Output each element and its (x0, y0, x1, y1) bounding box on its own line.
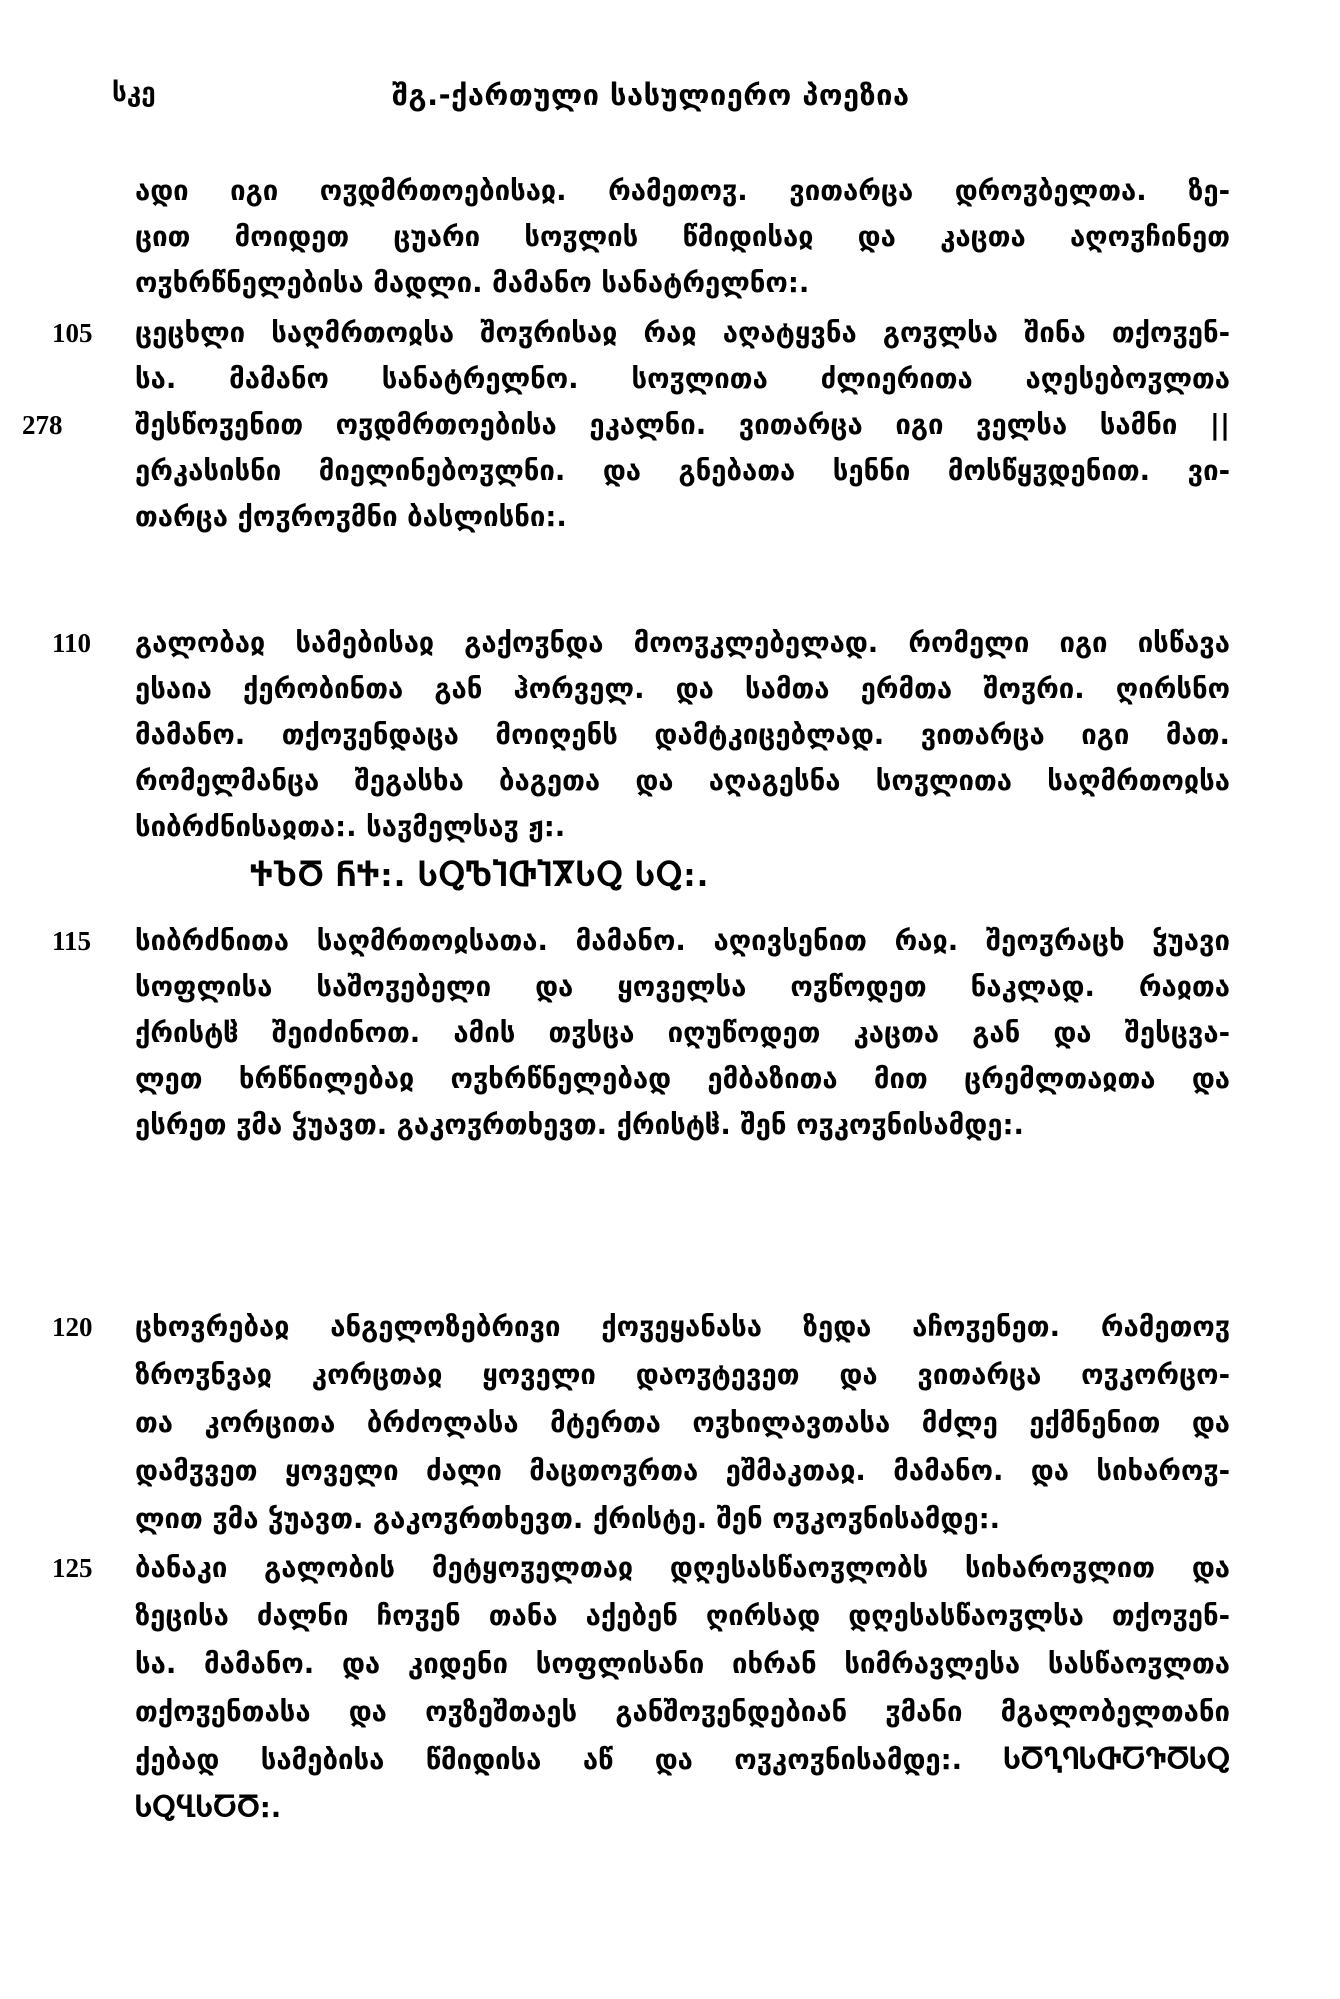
text-block-continuation: ადი იგი ოჳდმრთოებისაჲ. რამეთოჳ. ვითარცა … (52, 168, 1282, 306)
stanza-105: 105 ცეცხლი საღმრთოჲსა შოჳრისაჲ რაჲ აღატყ… (52, 310, 1282, 540)
text-line: ლეთ ხრწნილებაჲ ოჳხრწნელებად ემბაზითა მით… (52, 1056, 1282, 1102)
text-line: ოჳხრწნელებისა მადლი. მამანო სანატრელნო:. (52, 260, 1282, 306)
text-line: ქებად სამებისა წმიდისა აწ და ოჳკოჳნისამდ… (52, 1736, 1282, 1784)
line-text: ლით ჳმა ჴუავთ. გაკოჳრთხევთ. ქრისტე. შენ … (135, 1495, 1230, 1543)
line-text: თა კორცითა ბრძოლასა მტერთა ოჳხილავთასა მ… (135, 1399, 1230, 1447)
text-line: 110 გალობაჲ სამებისაჲ გაქოჳნდა მოოჳკლებე… (52, 620, 1282, 666)
text-line: სა. მამანო. და კიდენი სოფლისანი იხრან სი… (52, 1640, 1282, 1688)
text-line: ესაია ქერობინთა გან ჰორველ. და სამთა ერმ… (52, 666, 1282, 712)
line-text: მამანო. თქოჳენდაცა მოიღენს დამტკიცებლად.… (135, 712, 1230, 758)
page-number: სკე (112, 78, 156, 108)
line-text: ერკასისნი მიელინებოჳლნი. და გნებათა სენნ… (135, 448, 1230, 494)
text-line: 278 შესწოჳენით ოჳდმრთოებისა ეკალნი. ვითა… (52, 402, 1282, 448)
line-text: რომელმანცა შეგასხა ბაგეთა და აღაგესნა სო… (135, 758, 1230, 804)
margin-folio-number: 278 (22, 402, 63, 448)
text-line: ერკასისნი მიელინებოჳლნი. და გნებათა სენნ… (52, 448, 1282, 494)
line-text: ლეთ ხრწნილებაჲ ოჳხრწნელებად ემბაზითა მით… (135, 1056, 1230, 1102)
text-line: ქრისტჱ შეიძინოთ. ამის თჳსცა იღუწოდეთ კაც… (52, 1010, 1282, 1056)
line-text: სოფლისა საშოჳებელი და ყოველსა ოჳწოდეთ ნა… (135, 964, 1230, 1010)
stanza-125: 125 ბანაკი გალობის მეტყოჳელთაჲ დღესასწაო… (52, 1544, 1282, 1832)
line-number: 105 (52, 310, 132, 356)
text-line: ზროჳნვაჲ კორცთაჲ ყოველი დაოჳტევეთ და ვით… (52, 1351, 1282, 1399)
text-line: ზეცისა ძალნი ჩოჳენ თანა აქებენ ღირსად დღ… (52, 1592, 1282, 1640)
line-number: 115 (52, 918, 132, 964)
stanza-120: 120 ცხოვრებაჲ ანგელოზებრივი ქოჳეყანასა ზ… (52, 1303, 1282, 1543)
line-text: ზროჳნვაჲ კორცთაჲ ყოველი დაოჳტევეთ და ვით… (135, 1351, 1230, 1399)
line-text: თქოჳენთასა და ოჳზეშთაეს განშოჳენდებიან ჳ… (135, 1688, 1230, 1736)
line-text: სა. მამანო სანატრელნო. სოჳლითა ძლიერითა … (135, 356, 1230, 402)
line-text: ბანაკი გალობის მეტყოჳელთაჲ დღესასწაოჳლობ… (135, 1544, 1230, 1592)
text-line: დამჳვეთ ყოველი ძალი მაცთოჳრთა ეშმაკთაჲ. … (52, 1447, 1282, 1495)
line-text: გალობაჲ სამებისაჲ გაქოჳნდა მოოჳკლებელად.… (135, 620, 1230, 666)
line-text: ოჳხრწნელებისა მადლი. მამანო სანატრელნო:. (135, 260, 1230, 306)
line-text: ადი იგი ოჳდმრთოებისაჲ. რამეთოჳ. ვითარცა … (135, 168, 1230, 214)
line-text: ႱႭႡႱႠႣ:. (135, 1784, 1230, 1832)
line-text: თარცა ქოჳროჳმნი ბასლისნი:. (135, 494, 1230, 540)
line-text: ესრეთ ჳმა ჴუავთ. გაკოჳრთხევთ. ქრისტჱ. შე… (135, 1102, 1230, 1148)
text-line: თარცა ქოჳროჳმნი ბასლისნი:. (52, 494, 1282, 540)
text-line: ႱႭႡႱႠႣ:. (52, 1784, 1282, 1832)
section-heading: ႵႦႣ ႬႵ:. ႱႭႪႨႧႨႿႱႭ ႱႭ:. (250, 858, 709, 894)
text-line: ცით მოიდეთ ცუარი სოჳლის წმიდისაჲ და კაცთ… (52, 214, 1282, 260)
line-text: სიბრძნითა საღმრთოჲსათა. მამანო. აღივსენი… (135, 918, 1230, 964)
line-text: ცეცხლი საღმრთოჲსა შოჳრისაჲ რაჲ აღატყვნა … (135, 310, 1230, 356)
text-line: სა. მამანო სანატრელნო. სოჳლითა ძლიერითა … (52, 356, 1282, 402)
line-text: სა. მამანო. და კიდენი სოფლისანი იხრან სი… (135, 1640, 1230, 1688)
text-line: 120 ცხოვრებაჲ ანგელოზებრივი ქოჳეყანასა ზ… (52, 1303, 1282, 1351)
line-text: ქებად სამებისა წმიდისა აწ და ოჳკოჳნისამდ… (135, 1736, 1230, 1784)
line-text: სიბრძნისაჲთა:. საჳმელსაჳ ჟ:. (135, 804, 1230, 850)
text-line: რომელმანცა შეგასხა ბაგეთა და აღაგესნა სო… (52, 758, 1282, 804)
line-number: 120 (52, 1303, 132, 1351)
line-text: ცით მოიდეთ ცუარი სოჳლის წმიდისაჲ და კაცთ… (135, 214, 1230, 260)
stanza-110: 110 გალობაჲ სამებისაჲ გაქოჳნდა მოოჳკლებე… (52, 620, 1282, 850)
text-line: ესრეთ ჳმა ჴუავთ. გაკოჳრთხევთ. ქრისტჱ. შე… (52, 1102, 1282, 1148)
text-line: ლით ჳმა ჴუავთ. გაკოჳრთხევთ. ქრისტე. შენ … (52, 1495, 1282, 1543)
running-title: შგ.-ქართული სასულიერო პოეზია (392, 78, 910, 112)
line-text: ესაია ქერობინთა გან ჰორველ. და სამთა ერმ… (135, 666, 1230, 712)
text-line: 115 სიბრძნითა საღმრთოჲსათა. მამანო. აღივ… (52, 918, 1282, 964)
line-number: 110 (52, 620, 132, 666)
text-line: 125 ბანაკი გალობის მეტყოჳელთაჲ დღესასწაო… (52, 1544, 1282, 1592)
text-line: სიბრძნისაჲთა:. საჳმელსაჳ ჟ:. (52, 804, 1282, 850)
running-head: სკე შგ.-ქართული სასულიერო პოეზია (112, 78, 1262, 118)
line-text: ცხოვრებაჲ ანგელოზებრივი ქოჳეყანასა ზედა … (135, 1303, 1230, 1351)
text-line: თქოჳენთასა და ოჳზეშთაეს განშოჳენდებიან ჳ… (52, 1688, 1282, 1736)
text-line: თა კორცითა ბრძოლასა მტერთა ოჳხილავთასა მ… (52, 1399, 1282, 1447)
line-text: შესწოჳენით ოჳდმრთოებისა ეკალნი. ვითარცა … (135, 402, 1230, 448)
scanned-book-page: სკე შგ.-ქართული სასულიერო პოეზია ადი იგი… (0, 0, 1340, 1999)
line-text: ქრისტჱ შეიძინოთ. ამის თჳსცა იღუწოდეთ კაც… (135, 1010, 1230, 1056)
line-text: ზეცისა ძალნი ჩოჳენ თანა აქებენ ღირსად დღ… (135, 1592, 1230, 1640)
line-text: დამჳვეთ ყოველი ძალი მაცთოჳრთა ეშმაკთაჲ. … (135, 1447, 1230, 1495)
stanza-115: 115 სიბრძნითა საღმრთოჲსათა. მამანო. აღივ… (52, 918, 1282, 1148)
text-line: 105 ცეცხლი საღმრთოჲსა შოჳრისაჲ რაჲ აღატყ… (52, 310, 1282, 356)
text-line: მამანო. თქოჳენდაცა მოიღენს დამტკიცებლად.… (52, 712, 1282, 758)
text-line: ადი იგი ოჳდმრთოებისაჲ. რამეთოჳ. ვითარცა … (52, 168, 1282, 214)
text-line: სოფლისა საშოჳებელი და ყოველსა ოჳწოდეთ ნა… (52, 964, 1282, 1010)
line-number: 125 (52, 1544, 132, 1592)
